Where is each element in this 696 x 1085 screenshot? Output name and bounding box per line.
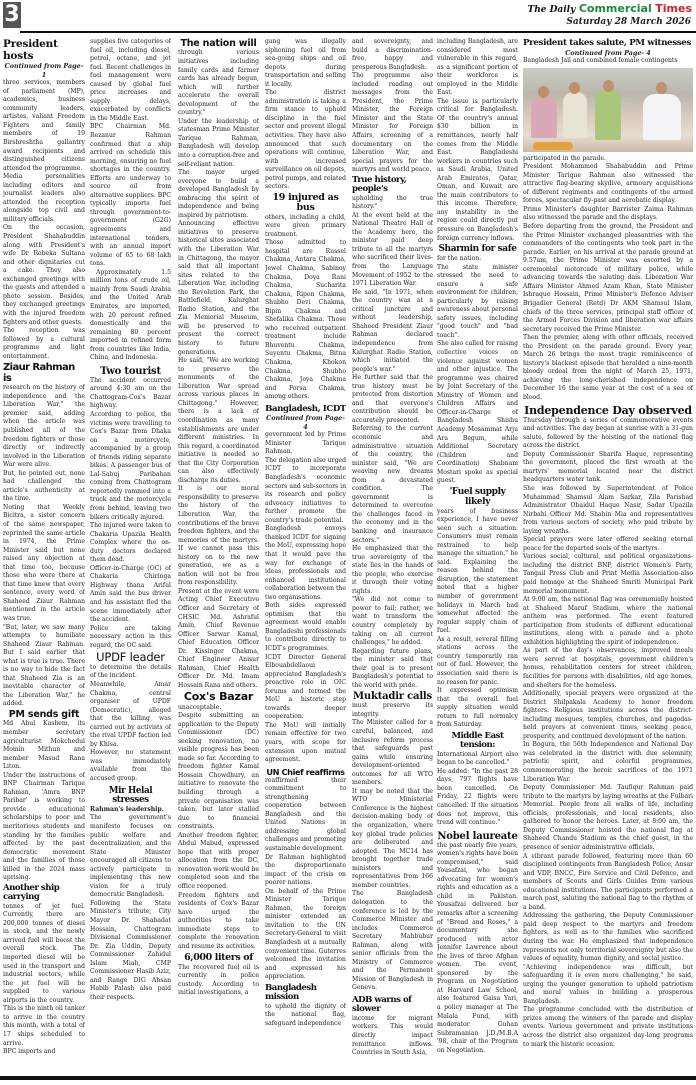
- paragraph: years of business experience, I have nev…: [437, 508, 518, 636]
- paragraph: Deputy Commissioner Md. Taufiqur Rahman …: [523, 784, 693, 852]
- paragraph: Referring to the current economic and ad…: [352, 425, 433, 545]
- paragraph: This is the ninth oil tanker to arrive i…: [3, 1005, 85, 1048]
- paragraph: The state minister stressed the need to …: [437, 264, 518, 341]
- paragraph: Police are taking necessary action in th…: [90, 625, 171, 651]
- paragraph: The recovered fuel oil is currently in p…: [178, 964, 259, 998]
- paragraph: Thursday through a series of commemorati…: [523, 417, 693, 451]
- headline-pm-sends-gift: PM sends gift: [3, 710, 85, 720]
- headline-updf-leader: UPDF leader: [90, 651, 171, 664]
- paragraph: However, no statement was immediately av…: [90, 749, 171, 783]
- headline-president-salute: President takes salute, PM witnesses par…: [523, 39, 693, 49]
- brand-prefix: The Daily: [528, 5, 576, 15]
- paragraph: "Achieving independence was difficult, b…: [523, 964, 693, 1007]
- headline-mir-helal: Mir Helal stresses: [90, 787, 171, 806]
- paragraph: Present at the event were Acting Chief E…: [178, 588, 259, 691]
- paragraph: The delegation also urged ICDT to incorp…: [265, 457, 346, 525]
- newspaper-brand: The Daily Commercial Times: [528, 2, 693, 15]
- paragraph: Dr Rahman highlighted the disproportiona…: [265, 854, 346, 888]
- continued-label: Continued from Page- 4: [523, 49, 693, 58]
- paragraph: Officer-in-Charge (OC) of Chakaria Chiri…: [90, 565, 171, 625]
- paragraph: At the event held at the National Theatr…: [352, 212, 433, 289]
- headline-coxs-bazar: Cox's Bazar: [178, 691, 259, 703]
- paragraph: Following the State Minister's tribute, …: [90, 900, 171, 1003]
- headline-another-ship: Another ship carrying: [3, 884, 85, 903]
- paragraph: He said, "In 1971, when the country was …: [352, 289, 433, 374]
- paragraph: Bangladesh Jail and combined female cont…: [523, 57, 693, 66]
- paragraph: Approximately 1.5 million tons of crude …: [90, 269, 171, 363]
- headline-bangladesh-mission: Bangladesh mission: [265, 984, 346, 1003]
- headline-president-hosts: President hosts: [3, 39, 85, 62]
- column-4: gang was illegally siphoning fuel oil fr…: [265, 38, 346, 1072]
- brand-times: Times: [655, 2, 692, 15]
- paragraph: the past nearly five years, women's righ…: [437, 842, 518, 1056]
- paragraph: It may be noted that the WTO Ministerial…: [352, 788, 433, 891]
- paragraph: ICDT Director General Elbouabdellaoui ap…: [265, 654, 346, 722]
- paragraph: government led by Prime Minister Tarique…: [265, 431, 346, 457]
- paragraph: On the occasion, President Shahabuddin a…: [3, 224, 85, 327]
- paragraph: The reception was followed by a cultural…: [3, 327, 85, 361]
- paragraph: Announcing effective initiatives to pres…: [178, 220, 259, 357]
- paragraph: President Mohammed Shahabuddin and Prime…: [523, 163, 693, 206]
- paragraph: "We did not come to power to fail; rathe…: [352, 596, 433, 647]
- column-2: supplies five categories of fuel oil, in…: [90, 38, 171, 1072]
- paragraph: to uphold the dignity of the national fl…: [265, 1003, 346, 1029]
- headline-nation-will: The nation will: [178, 39, 259, 49]
- headline-ziaur-rahman: Ziaur Rahman is: [3, 362, 85, 384]
- page-number-badge: 3: [3, 2, 21, 28]
- paragraph: The MoU will initially remain effective …: [265, 722, 346, 765]
- paragraph: BPC Chairman Md. Rezanur Rahman confirme…: [90, 123, 171, 268]
- paragraph: Those admitted to hospital are Russel Ch…: [265, 239, 346, 401]
- paragraph: It expressed optimism that the overall f…: [437, 687, 518, 730]
- paragraph: The injured were taken to Chakaria Upazi…: [90, 522, 171, 565]
- headline-fuel-supply: 'Fuel supply likely: [437, 488, 518, 508]
- paragraph: He further said that the true history mu…: [352, 374, 433, 425]
- paragraph: He added: "In the past 28 days, 797 flig…: [437, 768, 518, 828]
- column-5: and sovereignty, and build a discriminat…: [352, 38, 433, 1072]
- headline-6000-liters: 6,000 liters of: [178, 953, 259, 963]
- paragraph: The Minister called for a careful, balan…: [352, 719, 433, 787]
- paragraph: Rahman's leadership.: [90, 806, 171, 815]
- masthead: 3 The Daily Commercial Times Saturday 28…: [0, 0, 696, 32]
- paragraph: The accident occurred around 4:30 am on …: [90, 377, 171, 411]
- paragraph: "But, later, we saw many attempts to hum…: [3, 624, 85, 709]
- paragraph: He emphasized that the true sovereignty …: [352, 545, 433, 596]
- paragraph: Media personalities including editors an…: [3, 173, 85, 224]
- paragraph: and sovereignty, and build a discriminat…: [352, 38, 433, 72]
- paragraph: The mayor urged everyone to build a deve…: [178, 169, 259, 220]
- paragraph: Additionally, special prayers were organ…: [523, 690, 693, 741]
- paragraph: Addressing the gathering, the Deputy Com…: [523, 912, 693, 963]
- paragraph: In Bogura, the 56th Independence and Nat…: [523, 741, 693, 784]
- footer-divider: [0, 1076, 696, 1080]
- paragraph: gang was illegally siphoning fuel oil fr…: [265, 38, 346, 89]
- paragraph: As part of the day's observances, improv…: [523, 647, 693, 690]
- paragraph: Meanwhile, Amar Chakma, central organise…: [90, 681, 171, 749]
- paragraph: Prime Minister's daughter Barrister Zaim…: [523, 206, 693, 223]
- headline-true-history: True history, people's: [352, 176, 433, 195]
- paragraph: She was followed by Superintendent of Po…: [523, 485, 693, 536]
- headline-muktadir-calls: Muktadir calls: [352, 691, 433, 702]
- paragraph: The government's manifesto focuses on pu…: [90, 814, 171, 899]
- paragraph: to determine the details of the incident…: [90, 664, 171, 681]
- column-6: including Bangladesh, are considered mos…: [437, 38, 518, 1072]
- paragraph: Md Abul Kashem, its member secretary agr…: [3, 720, 85, 771]
- paragraph: three services, members of parliament (M…: [3, 79, 85, 173]
- paragraph: The programme also included reading out …: [352, 72, 433, 175]
- headline-middle-east: Middle East tension:: [437, 732, 518, 751]
- paragraph: supplies five categories of fuel oil, in…: [90, 38, 171, 123]
- column-7: President takes salute, PM witnesses par…: [523, 38, 693, 1072]
- paragraph: On behalf of the Prime Minister Tarique …: [265, 888, 346, 982]
- paragraph: But, he pointed out, none had challenged…: [3, 470, 85, 504]
- paragraph: Despite submitting an application to the…: [178, 712, 259, 832]
- paragraph: Both sides expressed optimism that the a…: [265, 602, 346, 653]
- paragraph: Under the leadership of statesman Prime …: [178, 118, 259, 169]
- paragraph: upholding the true history.": [352, 195, 433, 212]
- parade-photo: [523, 68, 693, 152]
- headline-two-tourist: Two tourist: [90, 366, 171, 377]
- continued-label: Continued from Page- 4: [265, 414, 346, 431]
- paragraph: The programme concluded with the distrib…: [523, 1006, 693, 1049]
- paragraph: including Bangladesh, are considered mos…: [437, 38, 518, 98]
- paragraph: Deputy Commissioner Sharifa Haque, repre…: [523, 451, 693, 485]
- paragraph: BPC imports and: [3, 1048, 85, 1057]
- paragraph: through various initiatives including fa…: [178, 49, 259, 117]
- paragraph: Special prayers were later offered seeki…: [523, 536, 693, 553]
- paragraph: research on the history of independence …: [3, 384, 85, 469]
- continued-label: Continued from Page-1: [3, 62, 85, 79]
- brand-commercial: Commercial: [579, 2, 652, 15]
- headline-adb-warns: ADB warns of slower: [352, 996, 433, 1015]
- paragraph: A vibrant parade followed, featuring mor…: [523, 853, 693, 913]
- issue-date: Saturday 28 March 2026: [566, 17, 691, 27]
- paragraph: Another freedom fighter, Abdul Mabud, ex…: [178, 832, 259, 892]
- paragraph: At 9:00 am, the national flag was ceremo…: [523, 596, 693, 647]
- paragraph: As a result, several filling stations ac…: [437, 636, 518, 687]
- paragraph: for the nation.: [437, 255, 518, 264]
- paragraph: The Bangladesh delegation to the confere…: [352, 890, 433, 993]
- paragraph: Bangladesh envoys thanked ICDT for signi…: [265, 525, 346, 602]
- paragraph: tonnes of jet fuel. Currently, there are…: [3, 903, 85, 1006]
- headline-19-injured: 19 injured as bus: [265, 193, 346, 214]
- paragraph: participated in the parade.: [523, 155, 693, 164]
- column-1: President hosts Continued from Page-1 th…: [3, 38, 85, 1072]
- paragraph: Before departing from the ground, the Pr…: [523, 223, 693, 334]
- paragraph: The issue is particularly critical for B…: [437, 98, 518, 243]
- paragraph: Noting that Weekly Bicitra, a sister con…: [3, 504, 85, 624]
- paragraph: She also called for raising collective v…: [437, 340, 518, 485]
- paragraph: income for migrant workers. This would d…: [352, 1015, 433, 1058]
- paragraph: Then the premier, along with other offic…: [523, 334, 693, 402]
- paragraph: According to police, the victims were tr…: [90, 411, 171, 522]
- paragraph: reaffirmed their commitment to strengthe…: [265, 777, 346, 854]
- column-3: The nation will through various initiati…: [178, 38, 259, 1072]
- headline-sharmin-safe: Sharmin for safe: [437, 245, 518, 255]
- paragraph: It is our moral responsibility to preser…: [178, 485, 259, 588]
- paragraph: unacceptable.: [178, 704, 259, 713]
- headline-bangladesh-icdt: Bangladesh, ICDT: [265, 405, 346, 414]
- headline-nobel-laureate: Nobel laureate: [437, 831, 518, 842]
- paragraph: The district administration is taking a …: [265, 89, 346, 192]
- paragraph: Regarding future plans, the minister sai…: [352, 648, 433, 691]
- headline-un-chief: UN Chief reaffirms: [265, 768, 346, 777]
- paragraph: Under the instructions of BNP Chairman T…: [3, 772, 85, 883]
- paragraph: Various social, cultural, and political …: [523, 553, 693, 596]
- paragraph: others, including a child, were given pr…: [265, 214, 346, 240]
- header-divider: [20, 31, 696, 33]
- paragraph: Freedom fighters and residents of Cox's …: [178, 892, 259, 952]
- headline-independence-day: Independence Day observed: [523, 405, 693, 417]
- paragraph: International Airport also began to be c…: [437, 751, 518, 768]
- paragraph: must preserve its integrity.: [352, 702, 433, 719]
- paragraph: He said, "We are working to preserve the…: [178, 357, 259, 485]
